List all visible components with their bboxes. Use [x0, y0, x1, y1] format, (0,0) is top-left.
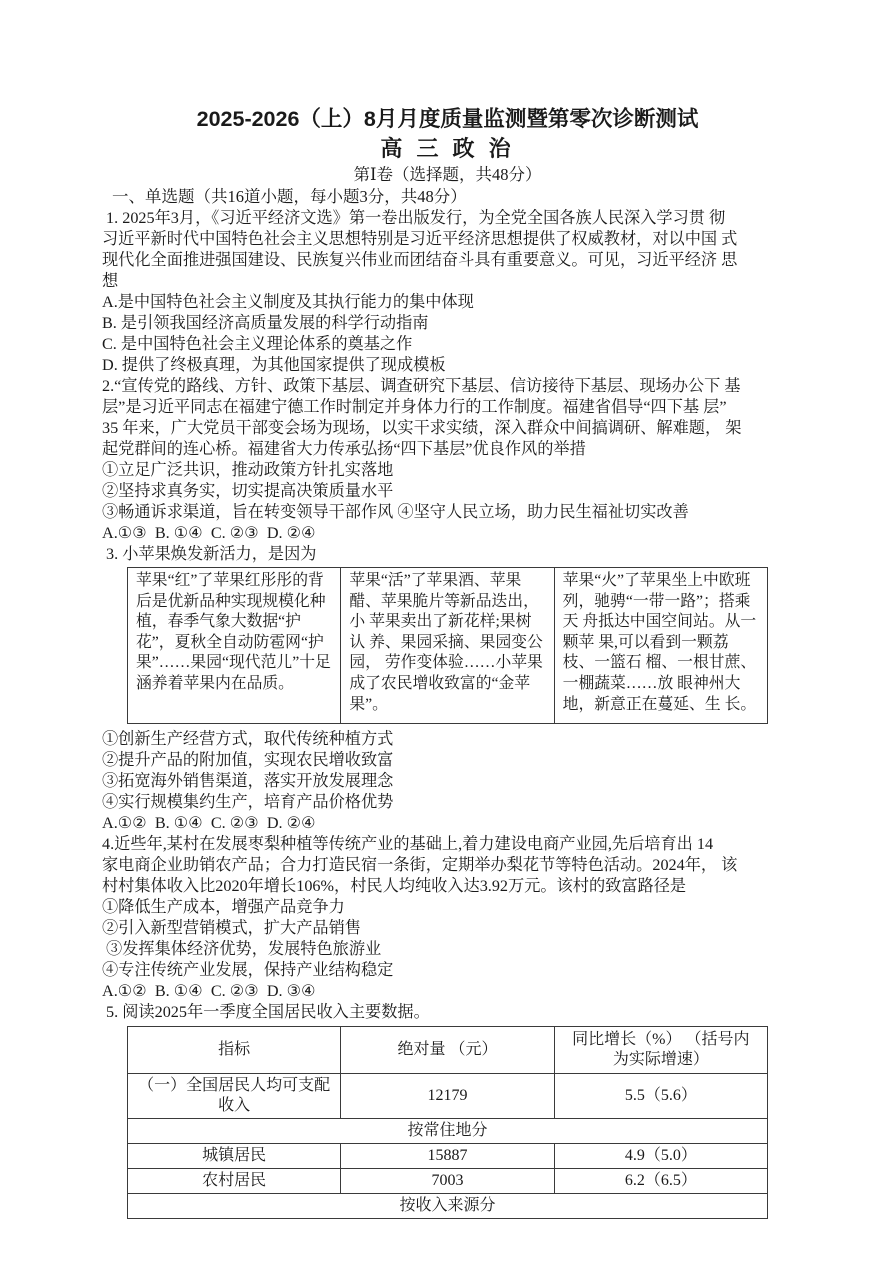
table-cell: 15887 [341, 1144, 554, 1169]
table-row: 城镇居民 15887 4.9（5.0） [128, 1144, 768, 1169]
question-2: 2.“宣传党的路线、方针、政策下基层、调查研究下基层、信访接待下基层、现场办公下… [102, 376, 793, 544]
question-stem: 5. 阅读2025年一季度全国居民收入主要数据。 [102, 1002, 793, 1023]
statement-line: ①立足广泛共识，推动政策方针扎实落地 [102, 460, 793, 481]
question-5: 5. 阅读2025年一季度全国居民收入主要数据。 指标 绝对量 （元） 同比增长… [102, 1002, 793, 1219]
table-cell: 苹果“火”了苹果坐上中欧班列，驰骋“一带一路”；搭乘天 舟抵达中国空间站。从一颗… [554, 568, 767, 724]
text-line: 起党群间的连心桥。福建省大力传承弘扬“四下基层”优良作风的举措 [102, 439, 793, 460]
table-cell: 苹果“红”了苹果红彤彤的背后是优新品种实现规模化种植，春季气象大数据“护花”，夏… [128, 568, 341, 724]
statement-line: ②引入新型营销模式，扩大产品销售 [102, 918, 793, 939]
statement-line: ③畅通诉求渠道，旨在转变领导干部作风 ④坚守人民立场，助力民生福祉切实改善 [102, 502, 793, 523]
statement-line: ④实行规模集约生产，培育产品价格优势 [102, 792, 793, 813]
text-line: 村村集体收入比2020年增长106%，村民人均纯收入达3.92万元。该村的致富路… [102, 876, 793, 897]
table-cell: 城镇居民 [128, 1144, 341, 1169]
table-row: 农村居民 7003 6.2（6.5） [128, 1169, 768, 1194]
question-4: 4.近些年,某村在发展枣梨种植等传统产业的基础上,着力建设电商产业园,先后培育出… [102, 834, 793, 1002]
statement-line: ①创新生产经营方式，取代传统种植方式 [102, 729, 793, 750]
option-line: B. 是引领我国经济高质量发展的科学行动指南 [102, 313, 793, 334]
apple-examples-table: 苹果“红”了苹果红彤彤的背后是优新品种实现规模化种植，春季气象大数据“护花”，夏… [127, 567, 768, 724]
group-cell-income-source: 按收入来源分 [128, 1194, 768, 1219]
table-group-row: 按收入来源分 [128, 1194, 768, 1219]
text-line: 想 [102, 271, 793, 292]
section-heading: 一、单选题（共16道小题，每小题3分，共48分） [102, 186, 793, 208]
text-line: 习近平新时代中国特色社会主义思想特别是习近平经济思想提供了权威教材，对以中国 式 [102, 229, 793, 250]
option-line: A.①② B. ①④ C. ②③ D. ③④ [102, 981, 793, 1002]
question-3: 3. 小苹果焕发新活力，是因为 苹果“红”了苹果红彤彤的背后是优新品种实现规模化… [102, 544, 793, 834]
text-line: 层”是习近平同志在福建宁德工作时制定并身体力行的工作制度。福建省倡导“四下基 层… [102, 397, 793, 418]
text-line: 现代化全面推进强国建设、民族复兴伟业而团结奋斗具有重要意义。可见，习近平经济 思 [102, 250, 793, 271]
table-row: 苹果“红”了苹果红彤彤的背后是优新品种实现规模化种植，春季气象大数据“护花”，夏… [128, 568, 768, 724]
statement-line: ②坚持求真务实，切实提高决策质量水平 [102, 481, 793, 502]
header-cell-indicator: 指标 [128, 1027, 341, 1074]
table-cell: 5.5（5.6） [554, 1074, 767, 1119]
table-cell: （一）全国居民人均可支配收入 [128, 1074, 341, 1119]
option-line: C. 是中国特色社会主义理论体系的奠基之作 [102, 334, 793, 355]
header-cell-growth: 同比增长（%） （括号内为实际增速） [554, 1027, 767, 1074]
option-line: A.①③ B. ①④ C. ②③ D. ②④ [102, 523, 793, 544]
text-line: 35 年来，广大党员干部变会场为现场，以实干求实绩，深入群众中间搞调研、解难题，… [102, 418, 793, 439]
table-cell: 苹果“活”了苹果酒、苹果 醋、苹果脆片等新品迭出，小 苹果卖出了新花样;果树认 … [341, 568, 554, 724]
question-stem: 3. 小苹果焕发新活力，是因为 [102, 544, 793, 565]
table-cell: 4.9（5.0） [554, 1144, 767, 1169]
subject-title: 高 三 政 治 [102, 134, 793, 163]
table-row: （一）全国居民人均可支配收入 12179 5.5（5.6） [128, 1074, 768, 1119]
table-cell: 农村居民 [128, 1169, 341, 1194]
text-line: 家电商企业助销农产品；合力打造民宿一条街，定期举办梨花节等特色活动。2024年，… [102, 855, 793, 876]
statement-line: ③发挥集体经济优势，发展特色旅游业 [102, 939, 793, 960]
paper-part-heading: 第Ⅰ卷（选择题，共48分） [102, 163, 793, 186]
option-line: D. 提供了终极真理，为其他国家提供了现成模板 [102, 355, 793, 376]
table-cell: 7003 [341, 1169, 554, 1194]
statement-line: ①降低生产成本，增强产品竞争力 [102, 897, 793, 918]
statement-line: ④专注传统产业发展，保持产业结构稳定 [102, 960, 793, 981]
text-line: 4.近些年,某村在发展枣梨种植等传统产业的基础上,着力建设电商产业园,先后培育出… [102, 834, 793, 855]
question-1: 1. 2025年3月，《习近平经济文选》第一卷出版发行，为全党全国各族人民深入学… [102, 208, 793, 376]
group-cell-residence: 按常住地分 [128, 1119, 768, 1144]
table-cell: 12179 [341, 1074, 554, 1119]
page-content: 2025-2026（上）8月月度质量监测暨第零次诊断测试 高 三 政 治 第Ⅰ卷… [0, 0, 893, 1219]
table-group-row: 按常住地分 [128, 1119, 768, 1144]
text-line: 2.“宣传党的路线、方针、政策下基层、调查研究下基层、信访接待下基层、现场办公下… [102, 376, 793, 397]
exam-title: 2025-2026（上）8月月度质量监测暨第零次诊断测试 [102, 104, 793, 134]
exam-page: 2025-2026（上）8月月度质量监测暨第零次诊断测试 高 三 政 治 第Ⅰ卷… [0, 0, 893, 1263]
statement-line: ②提升产品的附加值，实现农民增收致富 [102, 750, 793, 771]
table-header-row: 指标 绝对量 （元） 同比增长（%） （括号内为实际增速） [128, 1027, 768, 1074]
income-data-table: 指标 绝对量 （元） 同比增长（%） （括号内为实际增速） （一）全国居民人均可… [127, 1026, 768, 1219]
text-line: 1. 2025年3月，《习近平经济文选》第一卷出版发行，为全党全国各族人民深入学… [102, 208, 793, 229]
table-cell: 6.2（6.5） [554, 1169, 767, 1194]
statement-line: ③拓宽海外销售渠道，落实开放发展理念 [102, 771, 793, 792]
option-line: A.①② B. ①④ C. ②③ D. ②④ [102, 813, 793, 834]
option-line: A.是中国特色社会主义制度及其执行能力的集中体现 [102, 292, 793, 313]
header-cell-absolute: 绝对量 （元） [341, 1027, 554, 1074]
